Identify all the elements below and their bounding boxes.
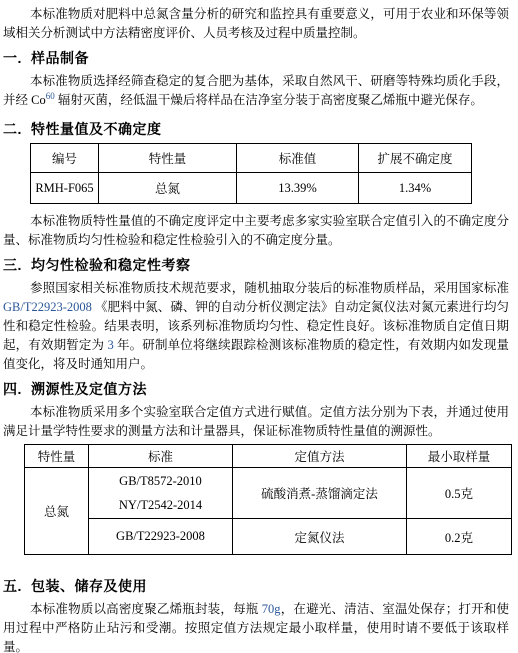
standard-line-2: NY/T2542-2014 <box>91 493 230 517</box>
text-run: 辐射灭菌，经低温干燥后将样品在洁净室分装于高密度聚乙烯瓶中避光保存。 <box>55 93 483 107</box>
standard-reference: GB/T22923-2008 <box>3 300 92 314</box>
standard-line-1: GB/T8572-2010 <box>91 469 230 493</box>
section-1-number: 一. <box>3 49 31 68</box>
valuation-table-row-1: 总氮 GB/T8572-2010 NY/T2542-2014 硫酸消煮-蒸馏滴定… <box>25 468 512 519</box>
net-weight-value: 70g <box>262 602 281 616</box>
section-1-heading: 一.样品制备 <box>3 49 509 68</box>
cell-certified-value: 13.39% <box>237 173 359 204</box>
cell-standards: GB/T8572-2010 NY/T2542-2014 <box>89 468 233 519</box>
section-4-number: 四. <box>3 380 31 399</box>
section-5-number: 五. <box>3 577 31 596</box>
text-run: 本标准物质以高密度聚乙烯瓶封装，每瓶 <box>30 602 262 616</box>
section-2-number: 二. <box>3 120 31 139</box>
cell-min-sample: 0.5克 <box>407 468 512 519</box>
col-header-quantity: 特性量 <box>25 445 89 468</box>
cell-quantity: 总氮 <box>99 173 237 204</box>
property-value-table: 编号 特性量 标准值 扩展不确定度 RMH-F065 总氮 13.39% 1.3… <box>30 143 472 204</box>
col-header-expanded-uncertainty: 扩展不确定度 <box>359 144 472 173</box>
cell-method: 定氮仪法 <box>233 519 407 555</box>
section-4-title: 溯源性及定值方法 <box>31 381 147 397</box>
valuation-table-row-2: GB/T22923-2008 定氮仪法 0.2克 <box>25 519 512 555</box>
col-header-method: 定值方法 <box>233 445 407 468</box>
certificate-document: 本标准物质对肥料中总氮含量分析的研究和监控具有重要意义，可用于农业和环保等领域相… <box>0 0 518 653</box>
col-header-id: 编号 <box>31 144 99 173</box>
section-3-title: 均匀性检验和稳定性考察 <box>31 257 191 273</box>
valuation-table-header-row: 特性量 标准 定值方法 最小取样量 <box>25 445 512 468</box>
col-header-quantity: 特性量 <box>99 144 237 173</box>
col-header-standard: 标准 <box>89 445 233 468</box>
section-5-paragraph: 本标准物质以高密度聚乙烯瓶封装，每瓶 70g，在避光、清洁、室温处保存；打开和使… <box>3 600 509 653</box>
property-value-table-header-row: 编号 特性量 标准值 扩展不确定度 <box>31 144 472 173</box>
section-3-heading: 三.均匀性检验和稳定性考察 <box>3 256 509 275</box>
cell-sample-id: RMH-F065 <box>31 173 99 204</box>
cell-method: 硫酸消煮-蒸馏滴定法 <box>233 468 407 519</box>
section-3-paragraph: 参照国家相关标准物质技术规范要求，随机抽取分装后的标准物质样品，采用国家标准GB… <box>3 279 509 374</box>
section-5-heading: 五.包装、储存及使用 <box>3 577 509 596</box>
section-4-heading: 四.溯源性及定值方法 <box>3 380 509 399</box>
section-1-paragraph: 本标准物质选择经筛查稳定的复合肥为基体，采取自然风干、研磨等特殊均质化手段，并经… <box>3 72 509 110</box>
section-2-paragraph: 本标准物质特性量值的不确定度评定中主要考虑多家实验室联合定值引入的不确定度分量、… <box>3 212 509 250</box>
section-3-number: 三. <box>3 256 31 275</box>
cell-expanded-uncertainty: 1.34% <box>359 173 472 204</box>
cell-standard: GB/T22923-2008 <box>89 519 233 555</box>
section-2-title: 特性量值及不确定度 <box>31 121 162 137</box>
section-1-title: 样品制备 <box>31 50 89 66</box>
text-run: 参照国家相关标准物质技术规范要求，随机抽取分装后的标准物质样品，采用国家标准 <box>30 281 509 295</box>
section-4-paragraph: 本标准物质采用多个实验室联合定值方式进行赋值。定值方法分别为下表，并通过使用满足… <box>3 403 509 441</box>
isotope-symbol: Co <box>31 93 46 107</box>
cell-min-sample: 0.2克 <box>407 519 512 555</box>
cell-quantity: 总氮 <box>25 468 89 555</box>
col-header-min-sample: 最小取样量 <box>407 445 512 468</box>
valuation-method-table: 特性量 标准 定值方法 最小取样量 总氮 GB/T8572-2010 NY/T2… <box>24 444 512 555</box>
property-value-table-data-row: RMH-F065 总氮 13.39% 1.34% <box>31 173 472 204</box>
isotope-mass-superscript: 60 <box>46 91 55 101</box>
section-5-title: 包装、储存及使用 <box>31 578 147 594</box>
col-header-certified-value: 标准值 <box>237 144 359 173</box>
intro-paragraph: 本标准物质对肥料中总氮含量分析的研究和监控具有重要意义，可用于农业和环保等领域相… <box>3 5 509 43</box>
section-2-heading: 二.特性量值及不确定度 <box>3 120 509 139</box>
